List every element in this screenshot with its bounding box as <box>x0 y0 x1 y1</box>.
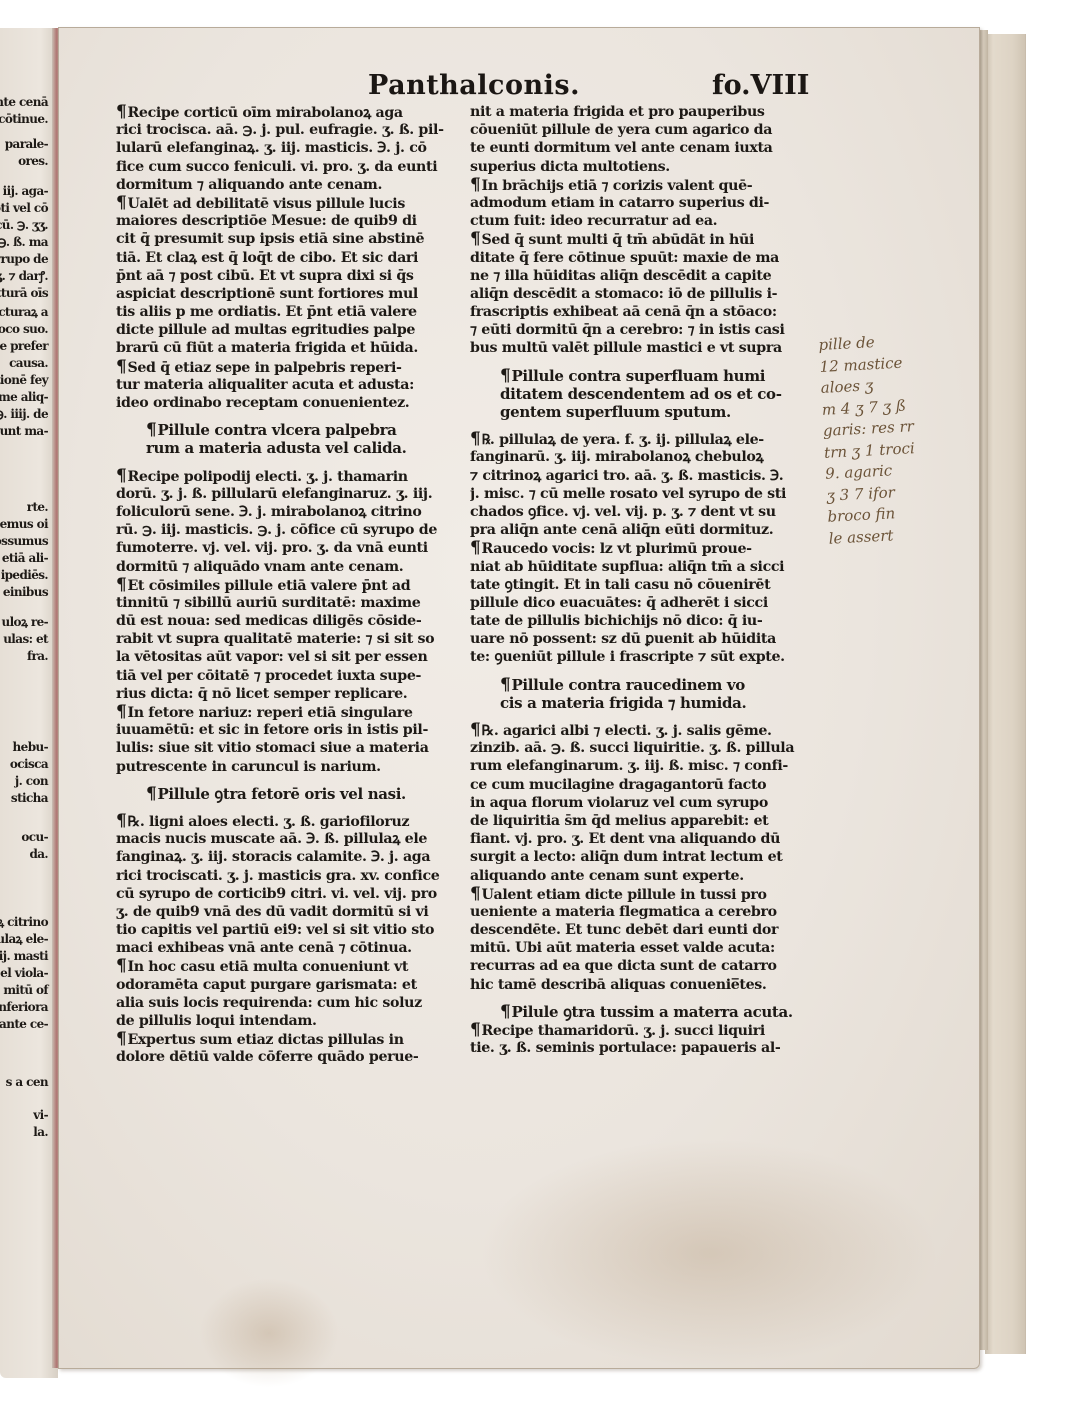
line-text: brarū cū fiūt a materia frigida et hūida… <box>116 340 418 356</box>
text-line: brarū cū fiūt a materia frigida et hūida… <box>116 339 464 357</box>
text-line: tur materia aliqualiter acuta et adusta: <box>116 376 464 394</box>
line-text: Expertus sum etiaz dictas pillulas in <box>127 1032 403 1048</box>
facing-page-fragment: ra loco suo. <box>0 322 48 336</box>
line-text: rum a materia adusta vel calida. <box>146 439 407 457</box>
text-line: aspiciat descriptionē sunt fortiores mul <box>116 285 464 303</box>
facing-page-fragment: fra. <box>27 649 48 663</box>
line-text: tiā. Et claꝝ est q̄ loq̄t de cibo. Et si… <box>116 250 418 266</box>
pilcrow-icon: ¶ <box>500 1003 510 1021</box>
line-text: odoramēta caput purgare garismata: et <box>116 977 417 993</box>
text-line: tis aliis p me ordiatis. Et p̄nt etiā va… <box>116 303 464 321</box>
text-line: rabit vt supra qualitatē materie: ⁊ si s… <box>116 630 464 648</box>
line-text: dorū. ʒ. j. ß. pillularū elefanginaruz. … <box>116 486 432 502</box>
text-line: cōueniūt pillule de yera cum agarico da <box>470 121 822 139</box>
line-text: Pillule ꝯtra fetorē oris vel nasi. <box>157 785 405 803</box>
line-text: te: ꝯueniūt pillule i frascripte ⁊ sūt e… <box>470 649 785 665</box>
text-line: in aqua florum violaruz vel cum syrupo <box>470 794 822 812</box>
line-text: aliq̄n descēdit a stomaco: iō de pilluli… <box>470 286 777 302</box>
text-line: rius dicta: q̄ nō licet semper replicare… <box>116 685 464 703</box>
line-text: maci exhibeas vnā ante cenā ⁊ cōtinua. <box>116 940 412 956</box>
text-line: lulis: siue sit vitio stomaci siue a mat… <box>116 739 464 757</box>
line-text: fanginaꝝ. ʒ. iij. storacis calamite. ℈. … <box>116 849 430 865</box>
text-line: nit a materia frigida et pro pauperibus <box>470 103 822 121</box>
line-text: in aqua florum violaruz vel cum syrupo <box>470 795 768 811</box>
text-line: uare nō possent: sz dū ꝑuenit ab hūidita <box>470 630 822 648</box>
text-line: chados ꝯfice. vj. vel. vij. p. ʒ. ⁊ dent… <box>470 503 822 521</box>
line-text: rum elefanginarum. ʒ. iij. ß. misc. ⁊ co… <box>470 758 788 774</box>
text-line: dormitum ⁊ aliquando ante cenam. <box>116 176 464 194</box>
section-heading-line: gentem superfluum sputum. <box>470 403 822 421</box>
text-line: foliculorū sene. ℈. j. mirabolanoꝝ citri… <box>116 503 464 521</box>
text-line: dorū. ʒ. j. ß. pillularū elefanginaruz. … <box>116 485 464 503</box>
line-text: Recipe thamaridorū. ʒ. j. succi liquiri <box>481 1023 764 1039</box>
line-text: lulis: siue sit vitio stomaci siue a mat… <box>116 740 429 756</box>
line-text: iuuamētū: et sic in fetore oris in istis… <box>116 722 428 738</box>
text-line: ne ⁊ illa hūiditas aliq̄n descēdit a cap… <box>470 267 822 285</box>
text-line: ¶℞. pillulaꝝ de yera. f. ʒ. ij. pillulaꝝ… <box>470 430 822 448</box>
text-line: alia suis locis requirenda: cum hic solu… <box>116 994 464 1012</box>
line-text: putrescente in caruncul is narium. <box>116 759 381 775</box>
line-text: Recipe polipodij electi. ʒ. j. thamarin <box>127 469 407 485</box>
text-line: ¶Expertus sum etiaz dictas pillulas in <box>116 1030 464 1048</box>
line-text: Et cōsimiles pillule etiā valere p̄nt ad <box>127 578 410 594</box>
line-text: alia suis locis requirenda: cum hic solu… <box>116 995 422 1011</box>
line-text: dormitum ⁊ aliquando ante cenam. <box>116 177 382 193</box>
pilcrow-icon: ¶ <box>470 430 480 448</box>
text-line: hic tamē describā aliquas conuenie̅tes. <box>470 976 822 994</box>
line-text: ℞. ligni aloes electi. ʒ. ß. gariofiloru… <box>127 814 409 830</box>
pilcrow-icon: ¶ <box>500 676 510 694</box>
line-text: In fetore nariuz: reperi etiā singulare <box>127 705 412 721</box>
paragraph-gap <box>470 358 822 367</box>
line-text: pillule dico euacuātes: q̄ adherēt i sic… <box>470 595 768 611</box>
text-line: frascriptis exhibeat aā cenā q̄n a stōac… <box>470 303 822 321</box>
line-text: dolore dētiū valde cōferre quādo perue- <box>116 1049 418 1065</box>
section-heading-line: ¶Pillule ꝯtra fetorē oris vel nasi. <box>116 785 464 803</box>
facing-page-fragment: ulaꝝ ele- <box>0 932 48 946</box>
line-text: bus multū valēt pillule mastici e vt sup… <box>470 340 782 356</box>
facing-page-fragment: iij. masti <box>0 949 48 963</box>
text-line: pillule dico euacuātes: q̄ adherēt i sic… <box>470 594 822 612</box>
line-text: rabit vt supra qualitatē materie: ⁊ si s… <box>116 631 434 647</box>
facing-page-fragment: s a cen <box>6 1075 48 1089</box>
line-text: Pilule ꝯtra tussim a materra acuta. <box>511 1003 792 1021</box>
pilcrow-icon: ¶ <box>116 194 126 212</box>
text-line: ¶In hoc casu etiā multa conueniunt vt <box>116 957 464 975</box>
line-text: tio capitis vel partiū ei9: vel si sit v… <box>116 922 434 938</box>
line-text: maiores descriptiōe Mesue: de quib9 di <box>116 213 417 229</box>
pilcrow-icon: ¶ <box>116 576 126 594</box>
facing-page-fragment: ossumus <box>0 534 48 548</box>
facing-page-fragment: ℈. iiij. de <box>0 407 48 421</box>
paragraph-gap <box>116 412 464 421</box>
line-text: Pillule contra raucedinem vo <box>511 676 744 694</box>
text-line: tinnitū ⁊ sibillū auriū surditatē: maxim… <box>116 594 464 612</box>
text-line: fanginaꝝ. ʒ. iij. storacis calamite. ℈. … <box>116 848 464 866</box>
text-line: niat ab hūiditate supflua: aliq̄n tm̄ a … <box>470 558 822 576</box>
text-line: de pillulis loqui intendam. <box>116 1012 464 1030</box>
pilcrow-icon: ¶ <box>116 957 126 975</box>
text-line: cū syrupo de corticib9 citri. vi. vel. v… <box>116 885 464 903</box>
line-text: mitū. Ubi aūt materia esset valde acuta: <box>470 940 775 956</box>
line-text: ditate q̄ fere cōtinue spuūt: maxie de m… <box>470 250 779 266</box>
line-text: de pillulis loqui intendam. <box>116 1013 317 1029</box>
text-line: rū. ℈. iij. masticis. ℈. j. cōfice cū sy… <box>116 521 464 539</box>
line-text: Ualent etiam dicte pillule in tussi pro <box>481 887 766 903</box>
pilcrow-icon: ¶ <box>116 358 126 376</box>
line-text: cit q̄ presumit sup ipsis etiā sine abst… <box>116 231 424 247</box>
text-line: tiā. Et claꝝ est q̄ loq̄t de cibo. Et si… <box>116 249 464 267</box>
line-text: dū est noua: sed medicas diligēs cōside- <box>116 613 421 629</box>
text-line: aliq̄n descēdit a stomaco: iō de pilluli… <box>470 285 822 303</box>
book-photo: nā ante cenāū ⁊ cōtinue.parale-ores.ꝝ. ʒ… <box>0 0 1073 1417</box>
paragraph-gap <box>470 667 822 676</box>
line-text: uare nō possent: sz dū ꝑuenit ab hūidita <box>470 631 776 647</box>
line-text: rici trociscati. ʒ. j. masticis gra. xv.… <box>116 868 439 884</box>
line-text: hic tamē describā aliquas conuenie̅tes. <box>470 977 767 993</box>
paragraph-gap <box>116 776 464 785</box>
text-line: fumoterre. vj. vel. vij. pro. ʒ. da vnā … <box>116 539 464 557</box>
line-text: niat ab hūiditate supflua: aliq̄n tm̄ a … <box>470 559 784 575</box>
line-text: rū. ℈. iij. masticis. ℈. j. cōfice cū sy… <box>116 522 437 538</box>
text-line: tiā vel per cōitatē ⁊ procedet iuxta sup… <box>116 667 464 685</box>
text-line: la vētositas aūt vapor: vel si sit per e… <box>116 648 464 666</box>
line-text: chados ꝯfice. vj. vel. vij. p. ʒ. ⁊ dent… <box>470 504 776 520</box>
text-line: aliquando ante cenam sunt experte. <box>470 867 822 885</box>
facing-page-fragment: causa. <box>9 356 48 370</box>
text-line: rici trocisca. aā. ℈. j. pul. eufragie. … <box>116 121 464 139</box>
facing-page-fragment: nū. ℈. ß. ma <box>0 235 48 249</box>
facing-page-fragment: uloꝝ re- <box>1 615 48 629</box>
line-text: rici trocisca. aā. ℈. j. pul. eufragie. … <box>116 122 444 138</box>
line-text: Sed q̄ etiaz sepe in palpebris reperi- <box>127 360 401 376</box>
text-line: ¶In brāchijs etiā ⁊ corizis valent quē- <box>470 176 822 194</box>
text-line: maiores descriptiōe Mesue: de quib9 di <box>116 212 464 230</box>
line-text: fiant. vj. pro. ʒ. Et dent vna aliquando… <box>470 831 780 847</box>
line-text: ueniente a materia flegmatica a cerebro <box>470 904 777 920</box>
line-text: aspiciat descriptionē sunt fortiores mul <box>116 286 418 302</box>
line-text: te eunti dormitum vel ante cenam iuxta <box>470 140 773 156</box>
text-column-left: ¶Recipe corticū oīm mirabolanoꝝ agarici … <box>116 103 464 1067</box>
text-line: te eunti dormitum vel ante cenam iuxta <box>470 139 822 157</box>
line-text: foliculorū sene. ℈. j. mirabolanoꝝ citri… <box>116 504 421 520</box>
facing-page-fragment: iuncturaꝝ a <box>0 305 48 319</box>
line-text: de liquiritia s̄m q̄d melius apparebit: … <box>470 813 768 829</box>
text-line: cit q̄ presumit sup ipsis etiā sine abst… <box>116 230 464 248</box>
line-text: p̄nt aā ⁊ post cibū. Et vt supra dixi si… <box>116 268 414 284</box>
line-text: descendēte. Et tunc debēt dari eunti dor <box>470 922 778 938</box>
line-text: ne ⁊ illa hūiditas aliq̄n descēdit a cap… <box>470 268 771 284</box>
text-line: fanginarū. ʒ. iij. mirabolanoꝝ chebuloꝝ <box>470 448 822 466</box>
line-text: cis a materia frigida ⁊ humida. <box>500 694 746 712</box>
line-text: tiā vel per cōitatē ⁊ procedet iuxta sup… <box>116 668 421 684</box>
line-text: fanginarū. ʒ. iij. mirabolanoꝝ chebuloꝝ <box>470 449 763 465</box>
pilcrow-icon: ¶ <box>146 785 156 803</box>
text-line: mitū. Ubi aūt materia esset valde acuta: <box>470 939 822 957</box>
fore-edge-pages <box>985 34 1026 1354</box>
text-line: ctum fuit: ideo recurratur ad ea. <box>470 212 822 230</box>
text-line: rici trociscati. ʒ. j. masticis gra. xv.… <box>116 867 464 885</box>
line-text: tis aliis p me ordiatis. Et p̄nt etiā va… <box>116 304 417 320</box>
line-text: tinnitū ⁊ sibillū auriū surditatē: maxim… <box>116 595 420 611</box>
pilcrow-icon: ¶ <box>470 176 480 194</box>
facing-page-fragment: ꝝ. ʒ. iij. aga- <box>0 184 48 198</box>
line-text: fice cum succo feniculi. vi. pro. ʒ. da … <box>116 159 437 175</box>
facing-page-fragment: lcū. ℈. ʒʒ. <box>0 218 48 232</box>
facing-page-fragment: ſcde prefer <box>0 339 48 353</box>
line-text: tie. ʒ. ß. seminis portulace: papaueris … <box>470 1040 780 1056</box>
line-text: ctum fuit: ideo recurratur ad ea. <box>470 213 717 229</box>
line-text: dicte pillule ad multas egritudies palpe <box>116 322 415 338</box>
line-text: ⁊ citrinoꝝ agarici tro. aā. ʒ. ß. mastic… <box>470 468 783 484</box>
text-line: fice cum succo feniculi. vi. pro. ʒ. da … <box>116 158 464 176</box>
section-heading-line: ¶Pillule contra raucedinem vo <box>470 676 822 694</box>
line-text: nit a materia frigida et pro pauperibus <box>470 104 765 120</box>
pilcrow-icon: ¶ <box>470 539 480 557</box>
text-line: surgit a lecto: aliq̄n dum intrat lectum… <box>470 848 822 866</box>
facing-page-fragment: la. <box>33 1125 48 1139</box>
text-line: superius dicta multotiens. <box>470 158 822 176</box>
facing-page-fragment: einibus <box>3 585 48 599</box>
text-line: ditate q̄ fere cōtinue spuūt: maxie de m… <box>470 249 822 267</box>
folio-number: fo.VIII <box>712 70 809 101</box>
text-line: dolore dētiū valde cōferre quādo perue- <box>116 1048 464 1066</box>
text-line: ʒ. de quib9 vnā des dū vadit dormitū si … <box>116 903 464 921</box>
text-line: p̄nt aā ⁊ post cibū. Et vt supra dixi si… <box>116 267 464 285</box>
line-text: cōueniūt pillule de yera cum agarico da <box>470 122 772 138</box>
line-text: ℞. agarici albi ⁊ electi. ʒ. j. salis gē… <box>481 723 771 739</box>
text-line: putrescente in caruncul is narium. <box>116 758 464 776</box>
water-stain <box>199 1278 339 1388</box>
facing-page-fragment: ationē fey <box>0 373 48 387</box>
section-heading-line: rum a materia adusta vel calida. <box>116 439 464 457</box>
line-text: Sed q̄ sunt multi q̄ tm̄ abūdāt in hūi <box>481 232 754 248</box>
water-stain <box>479 1138 939 1368</box>
facing-page-fragment: ū ⁊ cōtinue. <box>0 112 48 126</box>
facing-page-fragment: ocu- <box>21 830 48 844</box>
text-line: iuuamētū: et sic in fetore oris in istis… <box>116 721 464 739</box>
text-line: admodum etiam in catarro superius di- <box>470 194 822 212</box>
running-head: Panthalconis. <box>368 70 580 101</box>
section-heading-line: ¶Pilule ꝯtra tussim a materra acuta. <box>470 1003 822 1021</box>
text-line: pra aliq̄n ante cenā aliq̄n eūti dormitu… <box>470 521 822 539</box>
line-text: Pillule contra vlcera palpebra <box>157 421 396 439</box>
text-line: bus multū valēt pillule mastici e vt sup… <box>470 339 822 357</box>
text-column-right: nit a materia frigida et pro pauperibusc… <box>470 103 822 1057</box>
facing-page-fragment: sticha <box>11 791 48 805</box>
text-line: ce cum mucilagine dragagantorū facto <box>470 776 822 794</box>
facing-page-fragment: nferiora <box>0 1000 48 1014</box>
section-heading-line: ¶Pillule contra vlcera palpebra <box>116 421 464 439</box>
paragraph-gap <box>470 994 822 1003</box>
facing-page-fragment: nā ante cenā <box>0 95 48 109</box>
handwritten-marginalia: pille de12 masticealoes ʒm 4 ʒ 7 ʒ ßgari… <box>818 327 989 550</box>
pilcrow-icon: ¶ <box>116 703 126 721</box>
text-line: de liquiritia s̄m q̄d melius apparebit: … <box>470 812 822 830</box>
facing-page-fragment: m loti vel cō <box>0 201 48 215</box>
text-line: ¶℞. ligni aloes electi. ʒ. ß. gariofilor… <box>116 812 464 830</box>
text-line: j. misc. ⁊ cū melle rosato vel syrupo de… <box>470 485 822 503</box>
paragraph-gap <box>470 712 822 721</box>
text-line: zinzib. aā. ℈. ß. succi liquiritie. ʒ. ß… <box>470 739 822 757</box>
text-line: ¶In fetore nariuz: reperi etiā singulare <box>116 703 464 721</box>
text-line: te: ꝯueniūt pillule i frascripte ⁊ sūt e… <box>470 648 822 666</box>
text-line: macis nucis muscate aā. ℈. ß. pillulaꝝ e… <box>116 830 464 848</box>
facing-page-text-fragments: nā ante cenāū ⁊ cōtinue.parale-ores.ꝝ. ʒ… <box>0 0 52 1417</box>
text-line: dicte pillule ad multas egritudies palpe <box>116 321 464 339</box>
facing-page-fragment: ante ce- <box>0 1017 48 1031</box>
facing-page-fragment: da. <box>29 847 48 861</box>
line-text: tate de pillulis bichichijs nō dico: q̄ … <box>470 613 762 629</box>
line-text: pra aliq̄n ante cenā aliq̄n eūti dormitu… <box>470 522 773 538</box>
text-line: ¶Et cōsimiles pillule etiā valere p̄nt a… <box>116 576 464 594</box>
text-line: ⁊ eūti dormitū q̄n a cerebro: ⁊ in istis… <box>470 321 822 339</box>
line-text: lularū elefanginaꝝ. ʒ. iij. masticis. ℈.… <box>116 140 427 156</box>
section-heading-line: cis a materia frigida ⁊ humida. <box>470 694 822 712</box>
text-line: lularū elefanginaꝝ. ʒ. iij. masticis. ℈.… <box>116 139 464 157</box>
line-text: In hoc casu etiā multa conueniunt vt <box>127 959 408 975</box>
paragraph-gap <box>116 458 464 467</box>
line-text: Recipe corticū oīm mirabolanoꝝ aga <box>127 105 402 121</box>
facing-page-fragment: ipediēs. <box>1 568 48 582</box>
text-line: dū est noua: sed medicas diligēs cōside- <box>116 612 464 630</box>
text-line: ideo ordinabo receptam conuenientez. <box>116 394 464 412</box>
line-text: ℞. pillulaꝝ de yera. f. ʒ. ij. pillulaꝝ … <box>481 432 763 448</box>
facing-page-fragment: ulas: et <box>3 632 48 646</box>
text-line: ueniente a materia flegmatica a cerebro <box>470 903 822 921</box>
facing-page-fragment: rime aliq- <box>0 390 48 404</box>
facing-page-fragment: ores. <box>18 154 48 168</box>
facing-page-fragment: ꝝ citrino <box>0 915 48 929</box>
facing-page-fragment: el viola- <box>0 966 48 980</box>
facing-page-fragment: ocisca <box>10 757 48 771</box>
line-text: superius dicta multotiens. <box>470 159 670 175</box>
pilcrow-icon: ¶ <box>500 367 510 385</box>
text-line: descendēte. Et tunc debēt dari eunti dor <box>470 921 822 939</box>
section-heading-line: ditatem descendentem ad os et co- <box>470 385 822 403</box>
line-text: aliquando ante cenam sunt experte. <box>470 868 744 884</box>
text-line: tate de pillulis bichichijs nō dico: q̄ … <box>470 612 822 630</box>
facing-page-fragment: rte. <box>27 500 48 514</box>
line-text: ideo ordinabo receptam conuenientez. <box>116 395 409 411</box>
text-line: recurras ad ea que dicta sunt de catarro <box>470 957 822 975</box>
facing-page-fragment: ʒ. ⁊ darꝭ. <box>0 269 48 283</box>
text-line: fiant. vj. pro. ʒ. Et dent vna aliquando… <box>470 830 822 848</box>
pilcrow-icon: ¶ <box>470 230 480 248</box>
facing-page-fragment: unt ma- <box>0 424 48 438</box>
facing-page-fragment: parale- <box>5 137 48 151</box>
text-line: ⁊ citrinoꝝ agarici tro. aā. ʒ. ß. mastic… <box>470 467 822 485</box>
text-line: maci exhibeas vnā ante cenā ⁊ cōtinua. <box>116 939 464 957</box>
paragraph-gap <box>470 421 822 430</box>
line-text: zinzib. aā. ℈. ß. succi liquiritie. ʒ. ß… <box>470 740 794 756</box>
text-line: ¶Recipe corticū oīm mirabolanoꝝ aga <box>116 103 464 121</box>
pilcrow-icon: ¶ <box>470 721 480 739</box>
line-text: macis nucis muscate aā. ℈. ß. pillulaꝝ e… <box>116 831 427 847</box>
text-line: tio capitis vel partiū ei9: vel si sit v… <box>116 921 464 939</box>
text-line: ¶Recipe thamaridorū. ʒ. j. succi liquiri <box>470 1021 822 1039</box>
facing-page-fragment: vi- <box>33 1108 48 1122</box>
section-heading-line: ¶Pillule contra superfluam humi <box>470 367 822 385</box>
line-text: tate ꝯtingit. Et in tali casu nō cōuenir… <box>470 577 770 593</box>
line-text: frascriptis exhibeat aā cenā q̄n a stōac… <box>470 304 777 320</box>
facing-page-fragment: j. con <box>15 774 48 788</box>
text-line: tie. ʒ. ß. seminis portulace: papaueris … <box>470 1039 822 1057</box>
line-text: tur materia aliqualiter acuta et adusta: <box>116 377 414 393</box>
text-line: odoramēta caput purgare garismata: et <box>116 976 464 994</box>
text-line: ¶Sed q̄ sunt multi q̄ tm̄ abūdāt in hūi <box>470 230 822 248</box>
pilcrow-icon: ¶ <box>116 103 126 121</box>
pilcrow-icon: ¶ <box>116 1030 126 1048</box>
text-line: rum elefanginarum. ʒ. iij. ß. misc. ⁊ co… <box>470 757 822 775</box>
facing-page-fragment: el syrupo de <box>0 252 48 266</box>
line-text: recurras ad ea que dicta sunt de catarro <box>470 958 777 974</box>
pilcrow-icon: ¶ <box>470 1021 480 1039</box>
pilcrow-icon: ¶ <box>470 885 480 903</box>
text-line: ¶Recipe polipodij electi. ʒ. j. thamarin <box>116 467 464 485</box>
line-text: ʒ. de quib9 vnā des dū vadit dormitū si … <box>116 904 428 920</box>
text-line: ¶Sed q̄ etiaz sepe in palpebris reperi- <box>116 358 464 376</box>
line-text: ⁊ eūti dormitū q̄n a cerebro: ⁊ in istis… <box>470 322 784 338</box>
facing-page-fragment: cotturā oīs <box>0 286 48 300</box>
line-text: admodum etiam in catarro superius di- <box>470 195 769 211</box>
text-line: tate ꝯtingit. Et in tali casu nō cōuenir… <box>470 576 822 594</box>
line-text: la vētositas aūt vapor: vel si sit per e… <box>116 649 427 665</box>
line-text: ce cum mucilagine dragagantorū facto <box>470 777 766 793</box>
line-text: In brāchijs etiā ⁊ corizis valent quē- <box>481 178 752 194</box>
pilcrow-icon: ¶ <box>146 421 156 439</box>
facing-page-fragment: hebu- <box>13 740 48 754</box>
line-text: dormitū ⁊ aliquādo vnam ante cenam. <box>116 559 403 575</box>
line-text: gentem superfluum sputum. <box>500 403 731 421</box>
line-text: j. misc. ⁊ cū melle rosato vel syrupo de… <box>470 486 786 502</box>
line-text: surgit a lecto: aliq̄n dum intrat lectum… <box>470 849 782 865</box>
text-line: ¶Raucedo vocis: lz vt plurimū proue- <box>470 539 822 557</box>
facing-page-fragment: mitū of <box>3 983 48 997</box>
pilcrow-icon: ¶ <box>116 467 126 485</box>
line-text: fumoterre. vj. vel. vij. pro. ʒ. da vnā … <box>116 540 428 556</box>
text-line: ¶Ualēt ad debilitatē visus pillule lucis <box>116 194 464 212</box>
line-text: Raucedo vocis: lz vt plurimū proue- <box>481 541 751 557</box>
line-text: Pillule contra superfluam humi <box>511 367 765 385</box>
pilcrow-icon: ¶ <box>116 812 126 830</box>
text-line: dormitū ⁊ aliquādo vnam ante cenam. <box>116 558 464 576</box>
facing-page-fragment: emus oi <box>0 517 48 531</box>
line-text: Ualēt ad debilitatē visus pillule lucis <box>127 196 405 212</box>
text-line: ¶Ualent etiam dicte pillule in tussi pro <box>470 885 822 903</box>
text-line: ¶℞. agarici albi ⁊ electi. ʒ. j. salis g… <box>470 721 822 739</box>
line-text: rius dicta: q̄ nō licet semper replicare… <box>116 686 407 702</box>
line-text: cū syrupo de corticib9 citri. vi. vel. v… <box>116 886 437 902</box>
line-text: ditatem descendentem ad os et co- <box>500 385 782 403</box>
paragraph-gap <box>116 803 464 812</box>
facing-page-fragment: etiā ali- <box>2 551 48 565</box>
